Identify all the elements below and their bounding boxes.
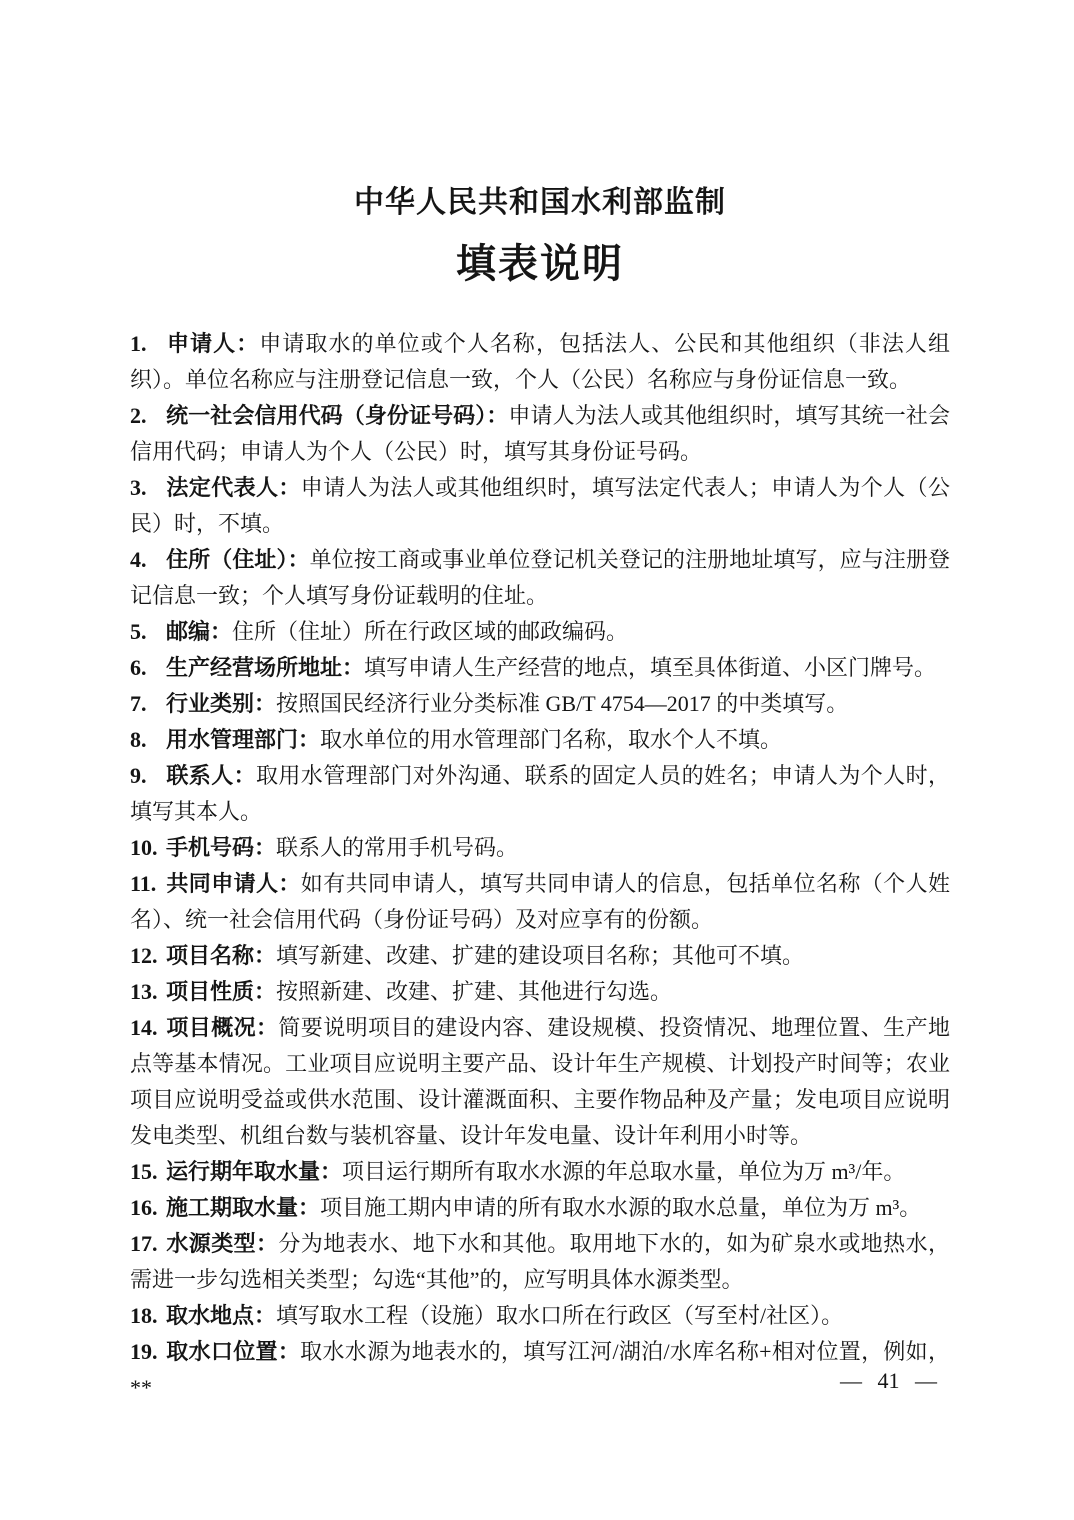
instructions-list: 1.申请人：申请取水的单位或个人名称，包括法人、公民和其他组织（非法人组织）。单… <box>130 326 950 1406</box>
instruction-item-1: 1.申请人：申请取水的单位或个人名称，包括法人、公民和其他组织（非法人组织）。单… <box>130 326 950 398</box>
instruction-item-11: 11.共同申请人：如有共同申请人，填写共同申请人的信息，包括单位名称（个人姓名）… <box>130 866 950 938</box>
item-number: 15. <box>130 1154 166 1190</box>
item-label: 项目概况： <box>166 1015 278 1040</box>
item-number: 7. <box>130 686 166 722</box>
instruction-item-9: 9.联系人：取用水管理部门对外沟通、联系的固定人员的姓名；申请人为个人时，填写其… <box>130 758 950 830</box>
item-label: 住所（住址）： <box>166 547 310 572</box>
instruction-item-12: 12.项目名称：填写新建、改建、扩建的建设项目名称；其他可不填。 <box>130 938 950 974</box>
item-label: 施工期取水量： <box>166 1195 320 1220</box>
item-label: 联系人： <box>166 763 256 788</box>
page-title: 填表说明 <box>130 240 950 288</box>
instruction-item-18: 18.取水地点：填写取水工程（设施）取水口所在行政区（写至村/社区）。 <box>130 1298 950 1334</box>
item-label: 项目名称： <box>166 943 276 968</box>
item-label: 项目性质： <box>166 979 276 1004</box>
instruction-item-15: 15.运行期年取水量：项目运行期所有取水水源的年总取水量，单位为万 m³/年。 <box>130 1154 950 1190</box>
instruction-item-16: 16.施工期取水量：项目施工期内申请的所有取水水源的取水总量，单位为万 m³。 <box>130 1190 950 1226</box>
item-text: 按照国民经济行业分类标准 GB/T 4754—2017 的中类填写。 <box>276 691 848 716</box>
item-label: 申请人： <box>166 331 259 356</box>
item-text: 填写新建、改建、扩建的建设项目名称；其他可不填。 <box>276 943 804 968</box>
item-number: 12. <box>130 938 166 974</box>
item-label: 统一社会信用代码（身份证号码）： <box>166 403 508 428</box>
item-text: 取水单位的用水管理部门名称，取水个人不填。 <box>320 727 782 752</box>
item-label: 用水管理部门： <box>166 727 320 752</box>
item-number: 1. <box>130 326 166 362</box>
item-text: 住所（住址）所在行政区域的邮政编码。 <box>232 619 628 644</box>
instruction-item-7: 7.行业类别：按照国民经济行业分类标准 GB/T 4754—2017 的中类填写… <box>130 686 950 722</box>
item-number: 6. <box>130 650 166 686</box>
instruction-item-6: 6.生产经营场所地址：填写申请人生产经营的地点，填至具体街道、小区门牌号。 <box>130 650 950 686</box>
item-number: 10. <box>130 830 166 866</box>
item-label: 生产经营场所地址： <box>166 655 364 680</box>
instruction-item-3: 3.法定代表人：申请人为法人或其他组织时，填写法定代表人；申请人为个人（公民）时… <box>130 470 950 542</box>
instruction-item-8: 8.用水管理部门：取水单位的用水管理部门名称，取水个人不填。 <box>130 722 950 758</box>
item-number: 16. <box>130 1190 166 1226</box>
item-label: 取水地点： <box>166 1303 276 1328</box>
instruction-item-14: 14.项目概况：简要说明项目的建设内容、建设规模、投资情况、地理位置、生产地点等… <box>130 1010 950 1154</box>
item-text: 项目运行期所有取水水源的年总取水量，单位为万 m³/年。 <box>342 1159 905 1184</box>
item-number: 8. <box>130 722 166 758</box>
document-page: 中华人民共和国水利部监制 填表说明 1.申请人：申请取水的单位或个人名称，包括法… <box>0 0 1074 1520</box>
item-label: 手机号码： <box>166 835 276 860</box>
item-number: 5. <box>130 614 166 650</box>
instruction-item-13: 13.项目性质：按照新建、改建、扩建、其他进行勾选。 <box>130 974 950 1010</box>
item-number: 3. <box>130 470 166 506</box>
item-label: 取水口位置： <box>166 1339 300 1364</box>
item-number: 17. <box>130 1226 166 1262</box>
item-label: 运行期年取水量： <box>166 1159 342 1184</box>
instruction-item-10: 10.手机号码：联系人的常用手机号码。 <box>130 830 950 866</box>
item-number: 11. <box>130 866 166 902</box>
item-text: 按照新建、改建、扩建、其他进行勾选。 <box>276 979 672 1004</box>
instruction-item-5: 5.邮编：住所（住址）所在行政区域的邮政编码。 <box>130 614 950 650</box>
instruction-item-4: 4.住所（住址）：单位按工商或事业单位登记机关登记的注册地址填写，应与注册登记信… <box>130 542 950 614</box>
instruction-item-2: 2.统一社会信用代码（身份证号码）：申请人为法人或其他组织时，填写其统一社会信用… <box>130 398 950 470</box>
item-label: 共同申请人： <box>166 871 301 896</box>
item-number: 13. <box>130 974 166 1010</box>
item-label: 行业类别： <box>166 691 276 716</box>
item-number: 18. <box>130 1298 166 1334</box>
instruction-item-19: 19.取水口位置：取水水源为地表水的，填写江河/湖泊/水库名称+相对位置，例如，… <box>130 1334 950 1406</box>
item-number: 19. <box>130 1334 166 1370</box>
item-number: 9. <box>130 758 166 794</box>
item-label: 水源类型： <box>166 1231 278 1256</box>
page-number: — 41 — <box>840 1368 937 1394</box>
item-text: 填写取水工程（设施）取水口所在行政区（写至村/社区）。 <box>276 1303 843 1328</box>
header-title: 中华人民共和国水利部监制 <box>130 186 950 220</box>
item-text: 联系人的常用手机号码。 <box>276 835 518 860</box>
item-number: 14. <box>130 1010 166 1046</box>
item-label: 法定代表人： <box>166 475 301 500</box>
item-text: 项目施工期内申请的所有取水水源的取水总量，单位为万 m³。 <box>320 1195 921 1220</box>
instruction-item-17: 17.水源类型：分为地表水、地下水和其他。取用地下水的，如为矿泉水或地热水，需进… <box>130 1226 950 1298</box>
item-text: 填写申请人生产经营的地点，填至具体街道、小区门牌号。 <box>364 655 936 680</box>
item-number: 2. <box>130 398 166 434</box>
item-label: 邮编： <box>166 619 232 644</box>
item-number: 4. <box>130 542 166 578</box>
